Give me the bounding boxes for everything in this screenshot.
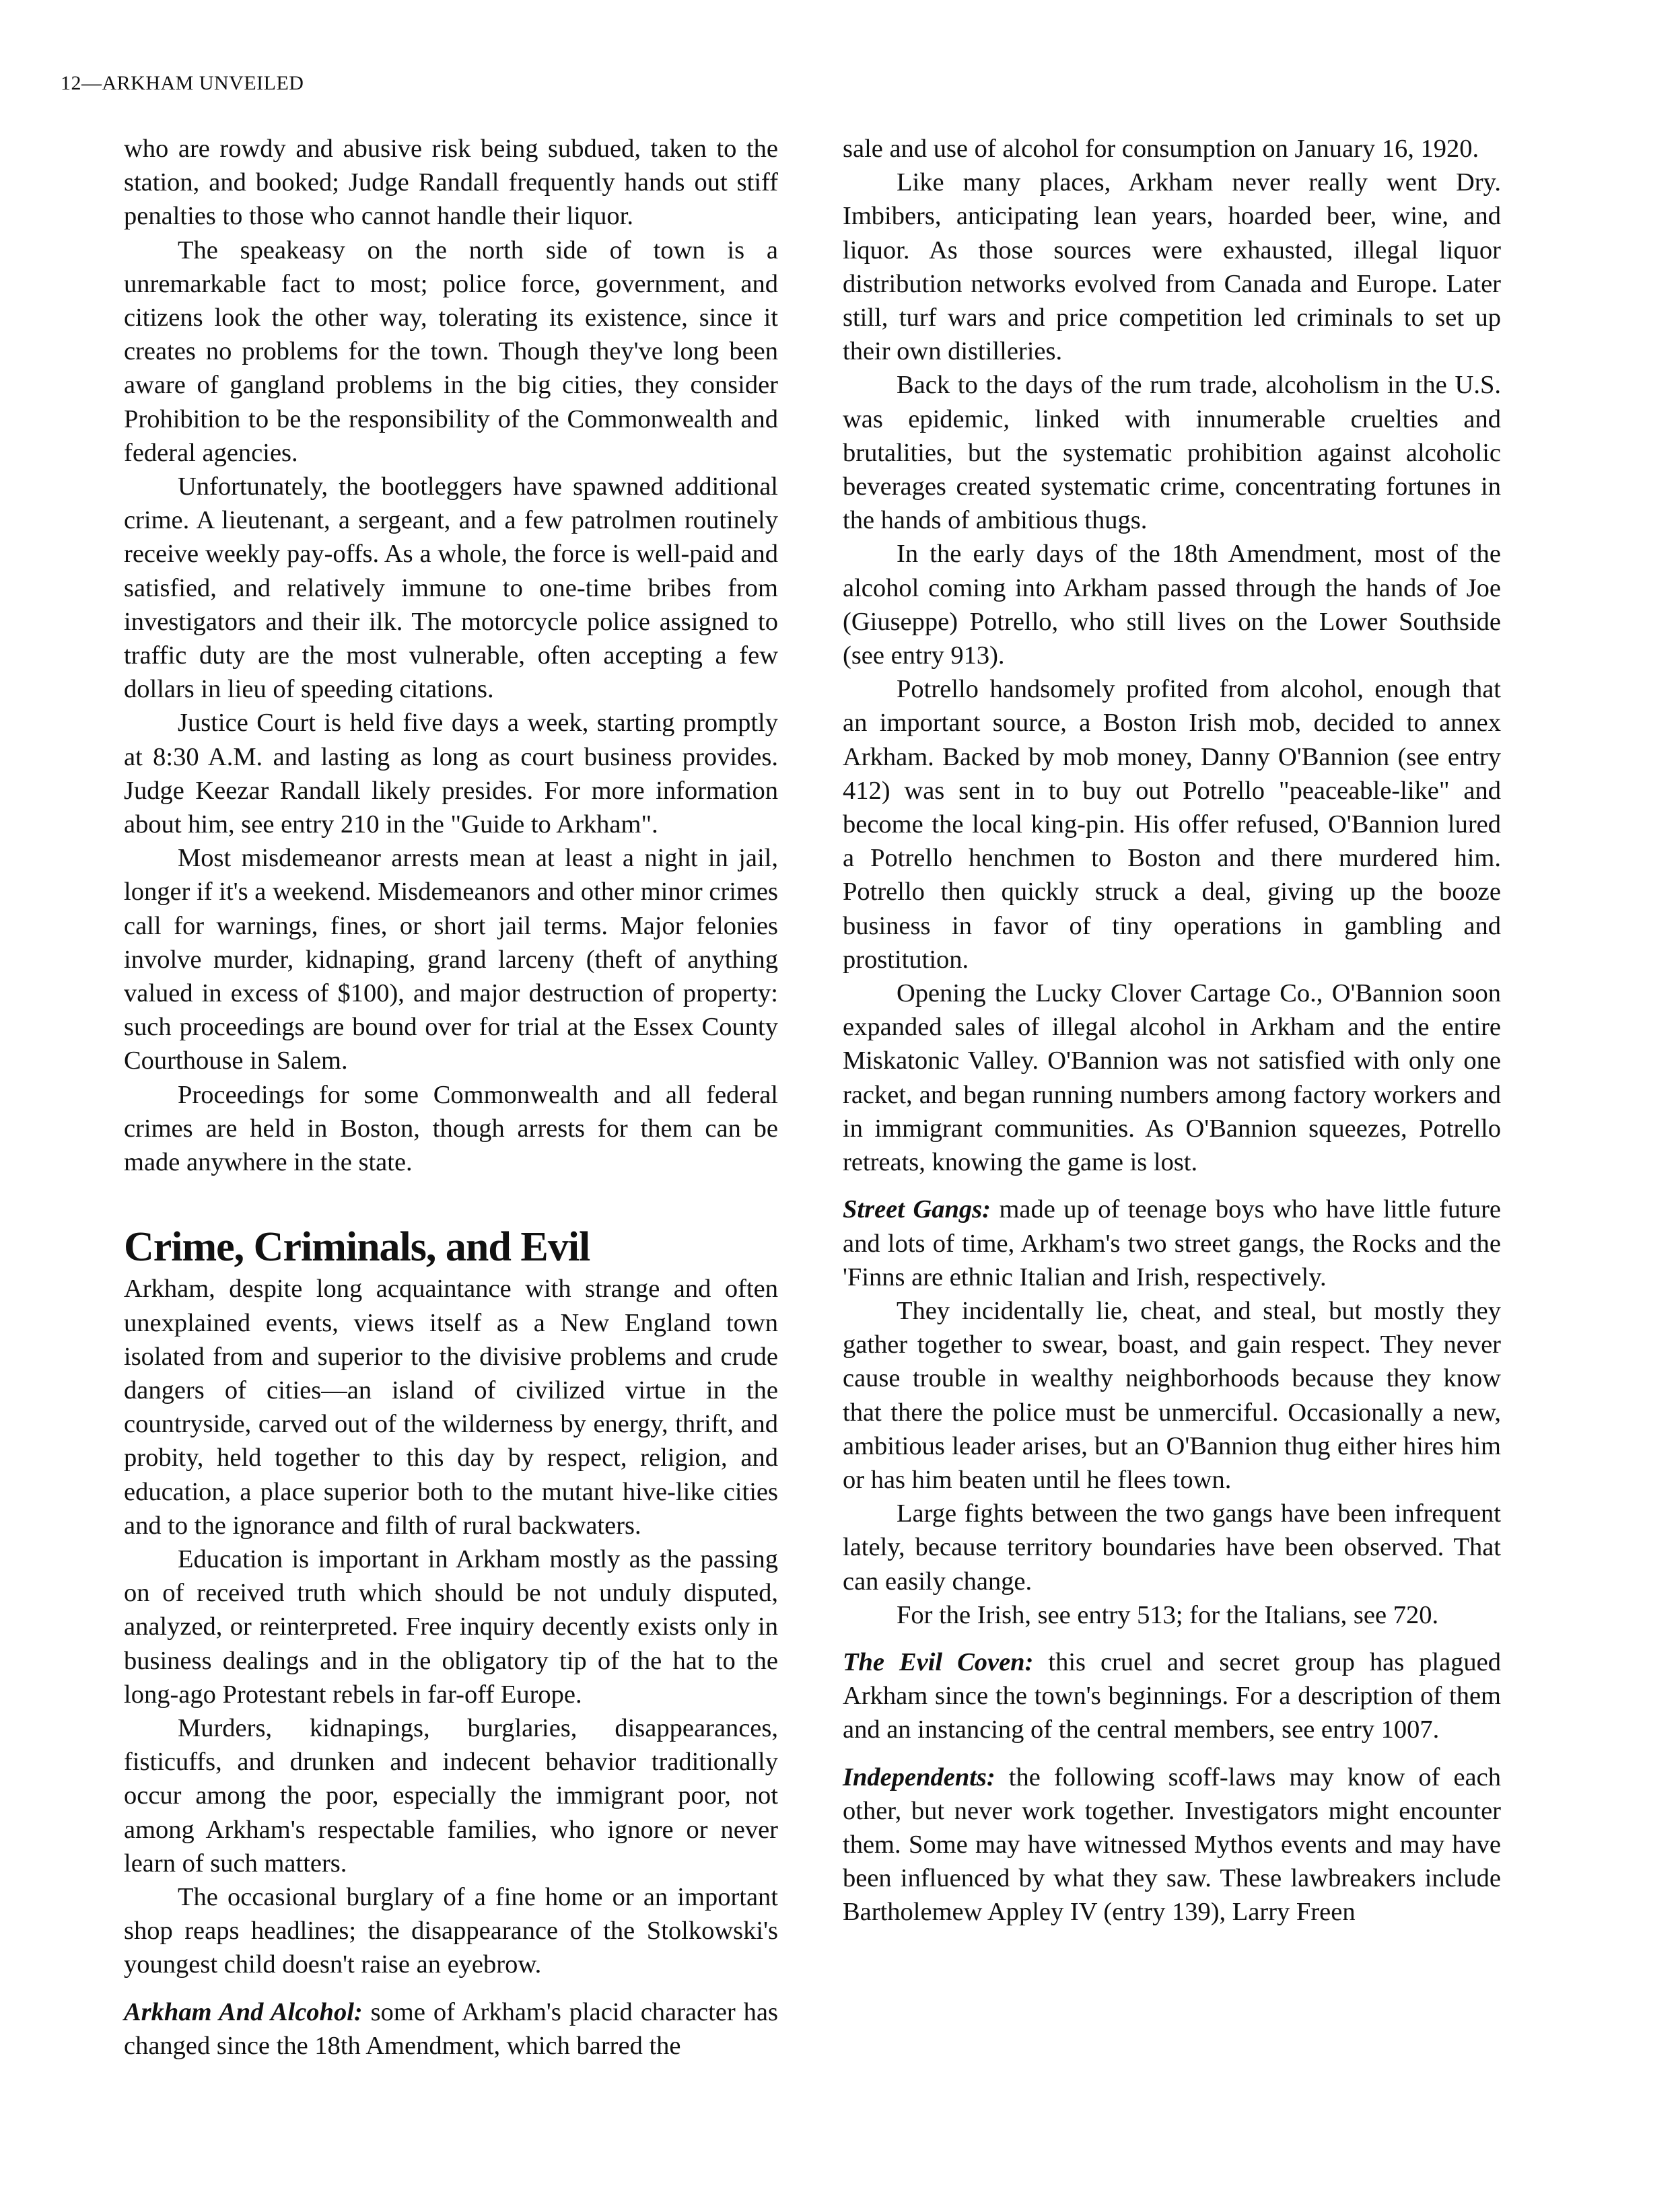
run-in-heading: The Evil Coven:	[843, 1648, 1033, 1676]
run-in-heading: Independents:	[843, 1763, 995, 1791]
paragraph: They incidentally lie, cheat, and steal,…	[843, 1294, 1501, 1497]
paragraph: For the Irish, see entry 513; for the It…	[843, 1598, 1501, 1632]
paragraph: The speakeasy on the north side of town …	[124, 234, 778, 470]
paragraph: sale and use of alcohol for consumption …	[843, 132, 1501, 166]
paragraph: who are rowdy and abusive risk being sub…	[124, 132, 778, 234]
run-in-heading: Arkham And Alcohol:	[124, 1998, 363, 2026]
left-column: who are rowdy and abusive risk being sub…	[124, 132, 778, 2063]
paragraph: Large fights between the two gangs have …	[843, 1497, 1501, 1598]
paragraph-street-gangs: Street Gangs: made up of teenage boys wh…	[843, 1193, 1501, 1294]
paragraph: Unfortunately, the bootleggers have spaw…	[124, 470, 778, 706]
paragraph: Arkham, despite long acquaintance with s…	[124, 1272, 778, 1542]
right-column: sale and use of alcohol for consumption …	[843, 132, 1501, 1929]
paragraph: Opening the Lucky Clover Cartage Co., O'…	[843, 976, 1501, 1179]
running-head: 12—ARKHAM UNVEILED	[61, 71, 304, 96]
section-heading: Crime, Criminals, and Evil	[124, 1223, 778, 1271]
paragraph: Murders, kidnapings, burglaries, disappe…	[124, 1711, 778, 1880]
paragraph: Most misdemeanor arrests mean at least a…	[124, 841, 778, 1077]
paragraph-arkham-and-alcohol: Arkham And Alcohol: some of Arkham's pla…	[124, 1995, 778, 2063]
paragraph: The occasional burglary of a fine home o…	[124, 1880, 778, 1982]
paragraph-evil-coven: The Evil Coven: this cruel and secret gr…	[843, 1645, 1501, 1747]
paragraph: Back to the days of the rum trade, alcoh…	[843, 368, 1501, 537]
paragraph: Proceedings for some Commonwealth and al…	[124, 1078, 778, 1180]
paragraph: Justice Court is held five days a week, …	[124, 706, 778, 841]
paragraph-independents: Independents: the following scoff-laws m…	[843, 1761, 1501, 1929]
paragraph: In the early days of the 18th Amendment,…	[843, 537, 1501, 672]
paragraph: Education is important in Arkham mostly …	[124, 1542, 778, 1711]
run-in-heading: Street Gangs:	[843, 1195, 991, 1223]
paragraph: Potrello handsomely profited from alcoho…	[843, 672, 1501, 976]
paragraph: Like many places, Arkham never really we…	[843, 166, 1501, 368]
